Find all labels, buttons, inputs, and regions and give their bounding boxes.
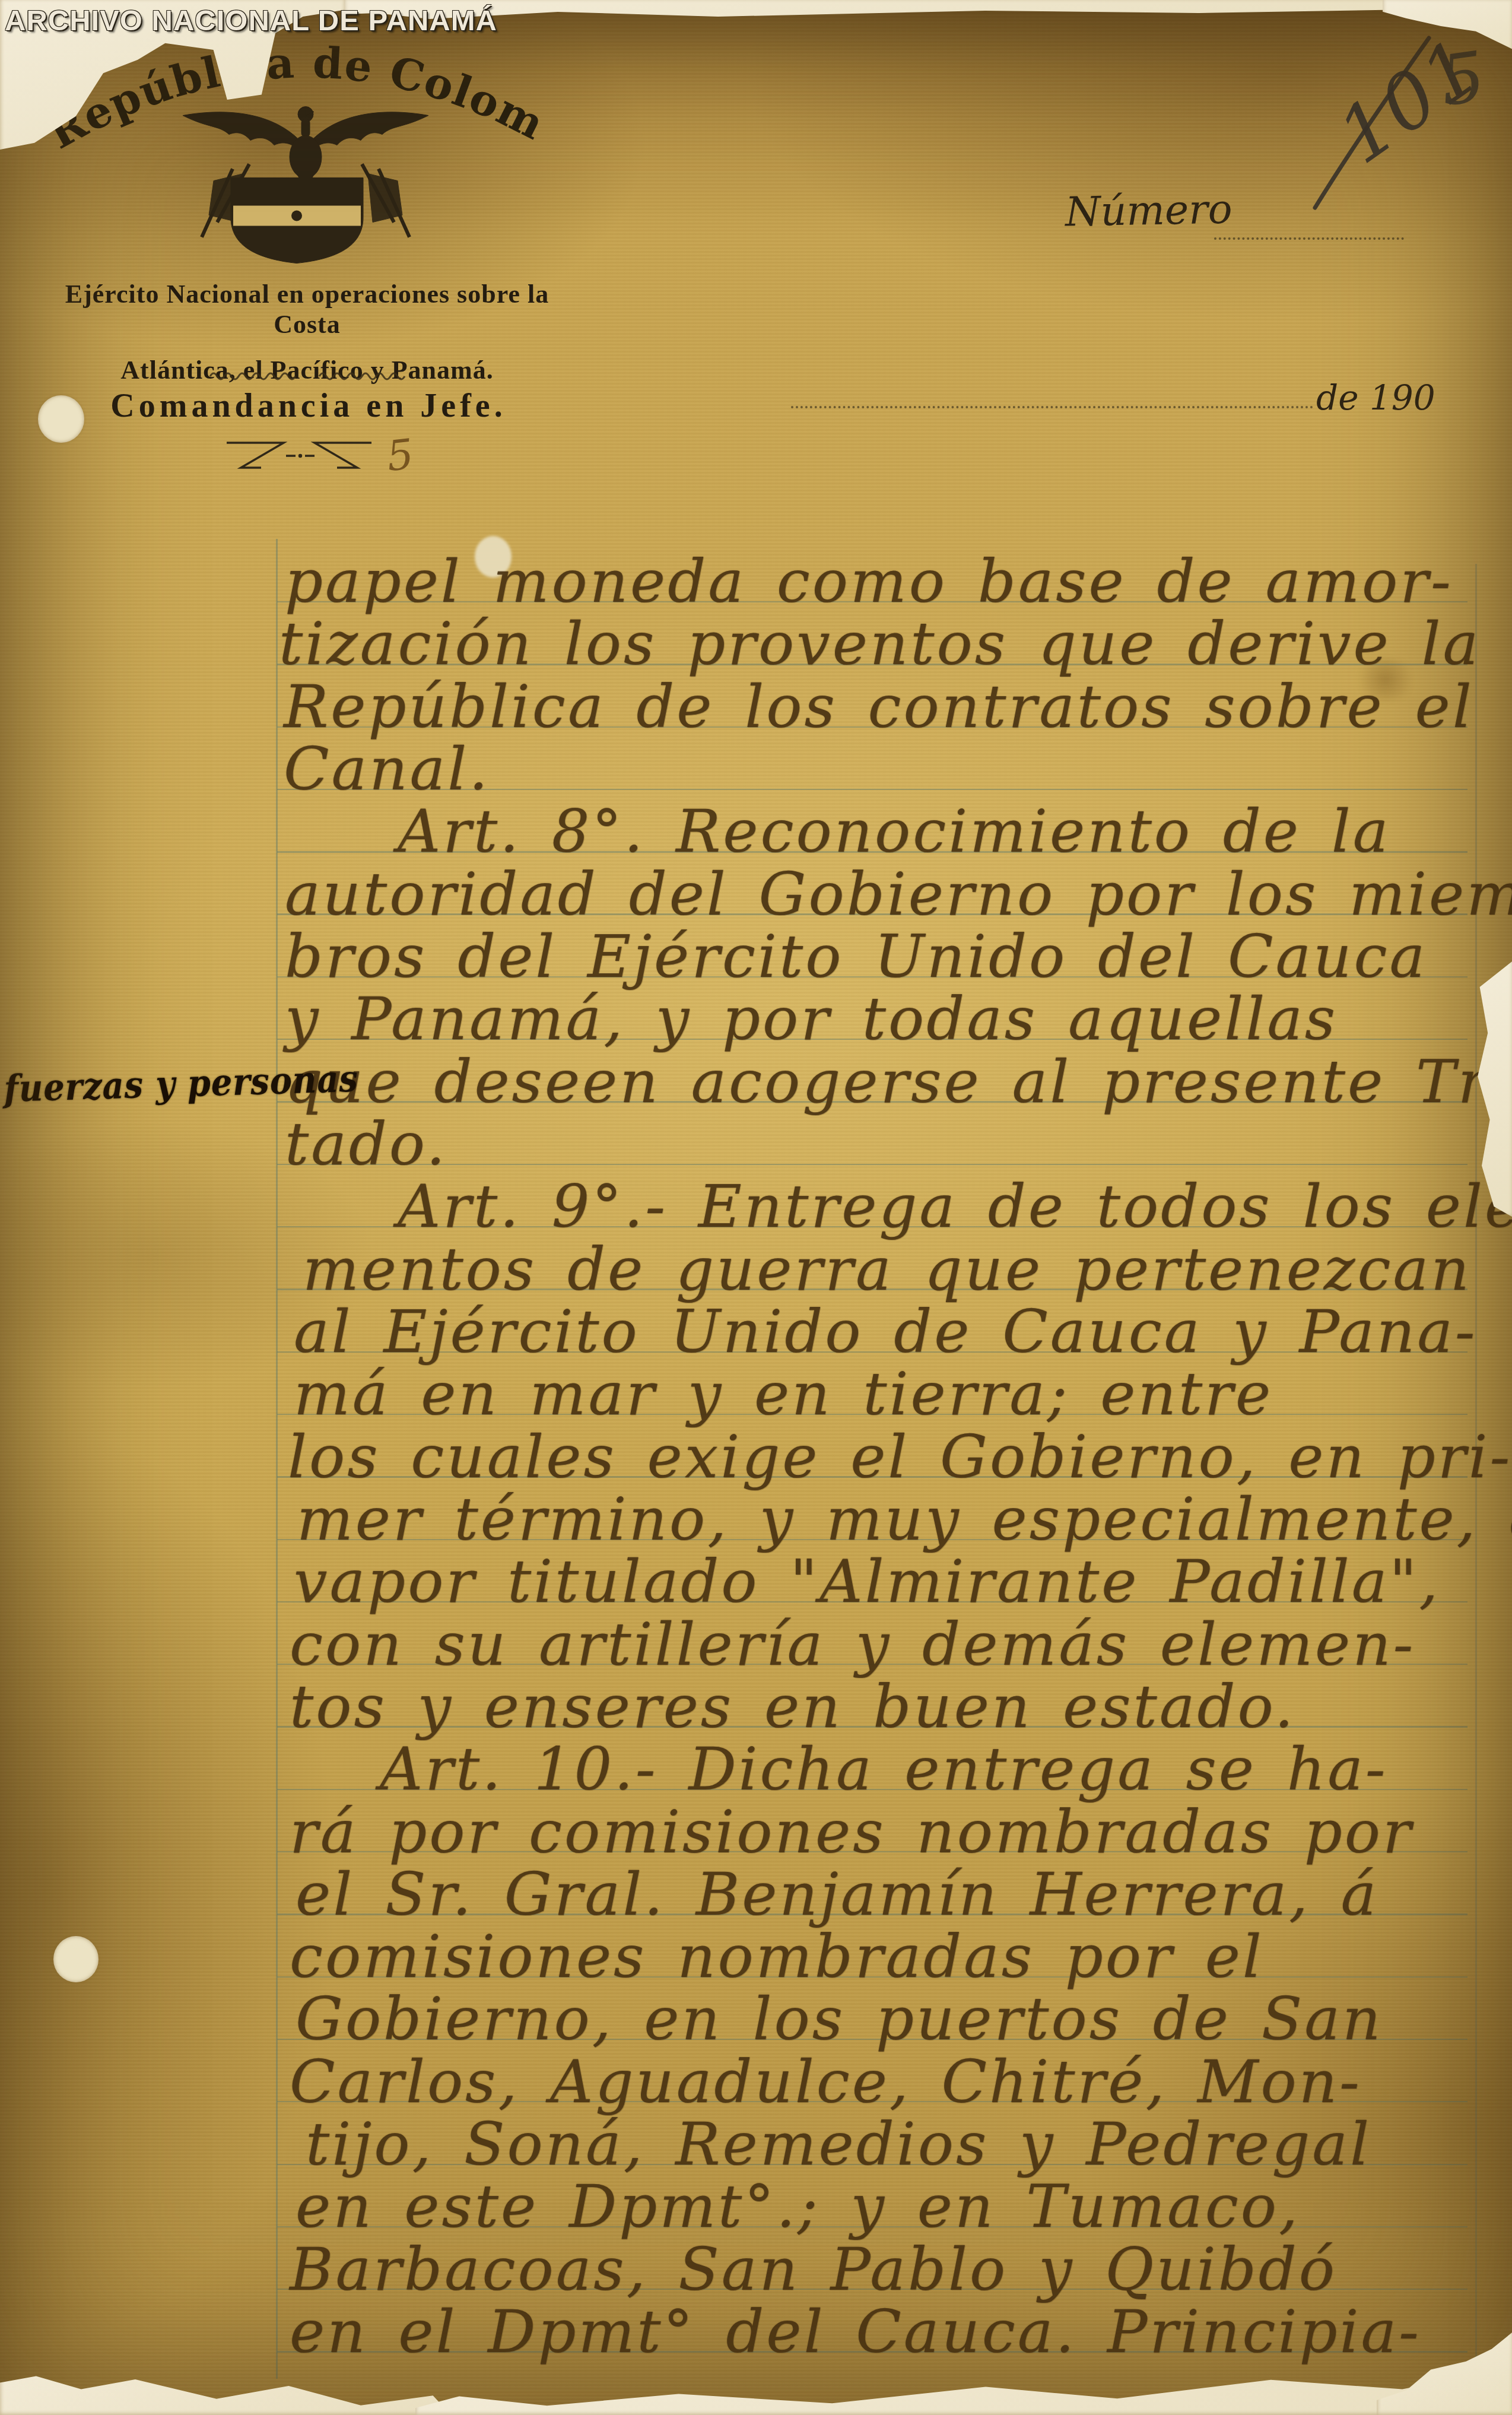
- manuscript-line: Canal.: [284, 740, 490, 799]
- manuscript-line: en el Dpmt° del Cauca. Principia-: [290, 2302, 1421, 2362]
- manuscript-line: al Ejército Unido de Cauca y Pana-: [294, 1302, 1478, 1362]
- folio-strike-line: [1294, 24, 1460, 226]
- manuscript-line: Carlos, Aguadulce, Chitré, Mon-: [290, 2052, 1362, 2112]
- punch-hole-bottom: [53, 1936, 99, 1982]
- manuscript-line: tado.: [285, 1115, 447, 1174]
- manuscript-line: República de los contratos sobre el: [284, 677, 1474, 737]
- date-suffix-label: de 190: [1316, 377, 1435, 418]
- manuscript-line: el Sr. Gral. Benjamín Herrera, á: [296, 1865, 1378, 1924]
- manuscript-line: los cuales exige el Gobierno, en pri-: [288, 1427, 1512, 1487]
- manuscript-line: papel moneda como base de amor-: [285, 552, 1453, 611]
- manuscript-line: Barbacoas, San Pablo y Quibdó: [290, 2240, 1337, 2299]
- manuscript-line: con su artillería y demás elemen-: [290, 1615, 1415, 1674]
- manuscript-line: Gobierno, en los puertos de San: [296, 1989, 1383, 2049]
- manuscript-line: en este Dpmt°.; y en Tumaco,: [296, 2177, 1300, 2236]
- scanned-document-page: República de Colombia. Ejército: [0, 0, 1512, 2415]
- manuscript-line: vapor titulado "Almirante Padilla",: [294, 1552, 1440, 1611]
- manuscript-line: Art. 9°.- Entrega de todos los ele-: [398, 1177, 1512, 1236]
- manuscript-line: bros del Ejército Unido del Cauca: [285, 927, 1427, 986]
- manuscript-line: autoridad del Gobierno por los miem-: [285, 865, 1512, 924]
- manuscript-line: mentos de guerra que pertenezcan: [303, 1240, 1472, 1299]
- punch-hole-top: [38, 395, 84, 443]
- office-number-annotation: 5: [385, 430, 416, 481]
- manuscript-line: Art. 8°. Reconocimiento de la: [398, 802, 1390, 861]
- manuscript-line: y Panamá, y por todas aquellas: [285, 989, 1338, 1049]
- org-line-1: Ejército Nacional en operaciones sobre l…: [36, 279, 579, 339]
- manuscript-line: que deseen acogerse al presente Tra-: [285, 1052, 1512, 1112]
- colombia-condor-crest-icon: [178, 97, 433, 274]
- manuscript-line: rá por comisiones nombradas por: [290, 1802, 1413, 1862]
- manuscript-line: tización los proventos que derive la: [279, 614, 1481, 674]
- manuscript-line: comisiones nombradas por el: [290, 1927, 1264, 1986]
- left-margin-line: [276, 539, 278, 2379]
- office-title: Comandancia en Jefe.: [89, 387, 528, 425]
- numero-label: Número: [1065, 186, 1233, 236]
- bowtie-flourish-ornament: [224, 437, 374, 475]
- manuscript-line: tijo, Soná, Remedios y Pedregal: [306, 2115, 1371, 2174]
- archive-watermark: ARCHIVO NACIONAL DE PANAMÁ: [5, 5, 497, 37]
- date-fill-line: [791, 406, 1313, 408]
- manuscript-line: má en mar y en tierra; entre: [294, 1364, 1273, 1424]
- manuscript-line: mer término, y muy especialmente, el: [297, 1490, 1512, 1549]
- manuscript-line: tos y enseres en buen estado.: [290, 1677, 1296, 1737]
- squiggle-divider-ornament: [209, 368, 408, 382]
- numero-fill-line: [1214, 237, 1404, 240]
- manuscript-line: Art. 10.- Dicha entrega se ha-: [380, 1740, 1388, 1799]
